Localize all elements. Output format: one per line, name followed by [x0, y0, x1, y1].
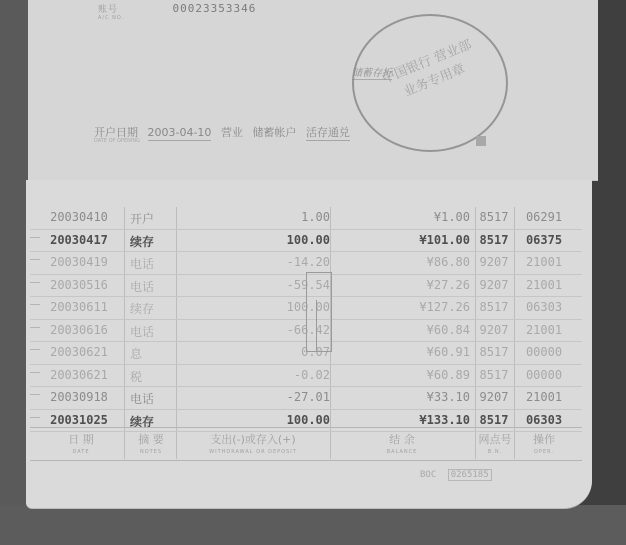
row-branch: 9207	[474, 323, 514, 337]
row-date: 20030611	[38, 300, 120, 314]
row-date: 20030419	[38, 255, 120, 269]
seal-text: 中国银行 营业部 业务专用章	[373, 33, 490, 111]
row-amount: -14.20	[200, 255, 330, 269]
passbook-top-page: 账号 00023353346 A/C NO. 储蓄存折 开户日期 2003-04…	[28, 0, 598, 181]
row-balance: ¥1.00	[340, 210, 470, 224]
account-label-en: A/C NO.	[98, 15, 124, 21]
row-operator: 21001	[518, 278, 570, 292]
footer-text: BOC	[420, 470, 436, 480]
open-date-label-en: DATE OF OPENING	[94, 138, 140, 144]
row-balance: ¥60.84	[340, 323, 470, 337]
opening-info-row: 开户日期 2003-04-10 营业 储蓄帐户 活存通兑 DATE OF OPE…	[94, 124, 356, 140]
row-date: 20030621	[38, 368, 120, 382]
header-operator: 操作 OPER.	[516, 431, 572, 455]
row-branch: 8517	[474, 368, 514, 382]
row-date: 20031025	[38, 413, 120, 427]
row-branch: 9207	[474, 278, 514, 292]
passbook-footer: BOC 0265185	[420, 470, 492, 480]
row-code: 电话	[130, 323, 170, 340]
ledger-row: 20030621 税 -0.02 ¥60.89 8517 00000	[30, 365, 582, 388]
row-branch: 8517	[474, 413, 514, 427]
row-amount: -27.01	[200, 390, 330, 404]
row-code: 续存	[130, 233, 170, 250]
row-branch: 8517	[474, 300, 514, 314]
open-date: 2003-04-10	[148, 126, 212, 141]
row-date: 20030621	[38, 345, 120, 359]
row-operator: 06303	[518, 413, 570, 427]
row-balance: ¥127.26	[340, 300, 470, 314]
serial-number: 0265185	[448, 469, 492, 481]
row-code: 续存	[130, 300, 170, 317]
row-branch: 8517	[474, 345, 514, 359]
background-bottom	[0, 505, 626, 545]
row-branch: 8517	[474, 210, 514, 224]
deposit-type: 活存通兑	[306, 126, 350, 141]
row-amount: 100.00	[200, 233, 330, 247]
row-balance: ¥133.10	[340, 413, 470, 427]
header-date: 日 期 DATE	[38, 431, 124, 455]
currency-type: 储蓄帐户	[252, 126, 296, 139]
row-amount: 1.00	[200, 210, 330, 224]
row-operator: 21001	[518, 390, 570, 404]
row-code: 开户	[130, 210, 170, 227]
header-branch: 网点号 B.N.	[476, 431, 514, 455]
header-notes: 摘 要 NOTES	[126, 431, 176, 455]
row-code: 电话	[130, 390, 170, 407]
row-code: 税	[130, 368, 170, 385]
bank-seal-stamp: 中国银行 营业部 业务专用章	[352, 14, 508, 152]
row-operator: 06303	[518, 300, 570, 314]
row-balance: ¥27.26	[340, 278, 470, 292]
open-branch-note: 营业	[221, 126, 243, 139]
row-operator: 06291	[518, 210, 570, 224]
row-operator: 21001	[518, 255, 570, 269]
account-number: 00023353346	[173, 2, 257, 15]
corner-mark-icon	[476, 136, 486, 146]
row-balance: ¥101.00	[340, 233, 470, 247]
row-code: 电话	[130, 255, 170, 272]
row-operator: 00000	[518, 345, 570, 359]
row-amount: 100.00	[200, 413, 330, 427]
row-branch: 8517	[474, 233, 514, 247]
row-date: 20030516	[38, 278, 120, 292]
row-balance: ¥33.10	[340, 390, 470, 404]
row-code: 电话	[130, 278, 170, 295]
row-operator: 21001	[518, 323, 570, 337]
row-amount: -0.02	[200, 368, 330, 382]
header-balance: 结 余 BALANCE	[332, 431, 472, 455]
account-number-row: 账号 00023353346 A/C NO.	[98, 2, 256, 15]
row-date: 20030417	[38, 233, 120, 247]
ledger-row: 20030918 电话 -27.01 ¥33.10 9207 21001	[30, 387, 582, 410]
row-date: 20030410	[38, 210, 120, 224]
row-balance: ¥60.91	[340, 345, 470, 359]
row-date: 20030616	[38, 323, 120, 337]
pen-bracket-mark	[316, 300, 331, 352]
row-branch: 9207	[474, 390, 514, 404]
header-amount: 支出(-)或存入(+) WITHDRAWAL OR DEPOSIT	[178, 431, 328, 455]
row-operator: 00000	[518, 368, 570, 382]
row-operator: 06375	[518, 233, 570, 247]
ledger-row: 20030410 开户 1.00 ¥1.00 8517 06291	[30, 207, 582, 230]
row-balance: ¥60.89	[340, 368, 470, 382]
row-branch: 9207	[474, 255, 514, 269]
row-balance: ¥86.80	[340, 255, 470, 269]
row-code: 息	[130, 345, 170, 362]
row-date: 20030918	[38, 390, 120, 404]
ledger-row: 20030417 续存 100.00 ¥101.00 8517 06375	[30, 230, 582, 253]
account-label: 账号	[98, 5, 118, 15]
ledger-column-headers: 日 期 DATE 摘 要 NOTES 支出(-)或存入(+) WITHDRAWA…	[30, 427, 582, 461]
